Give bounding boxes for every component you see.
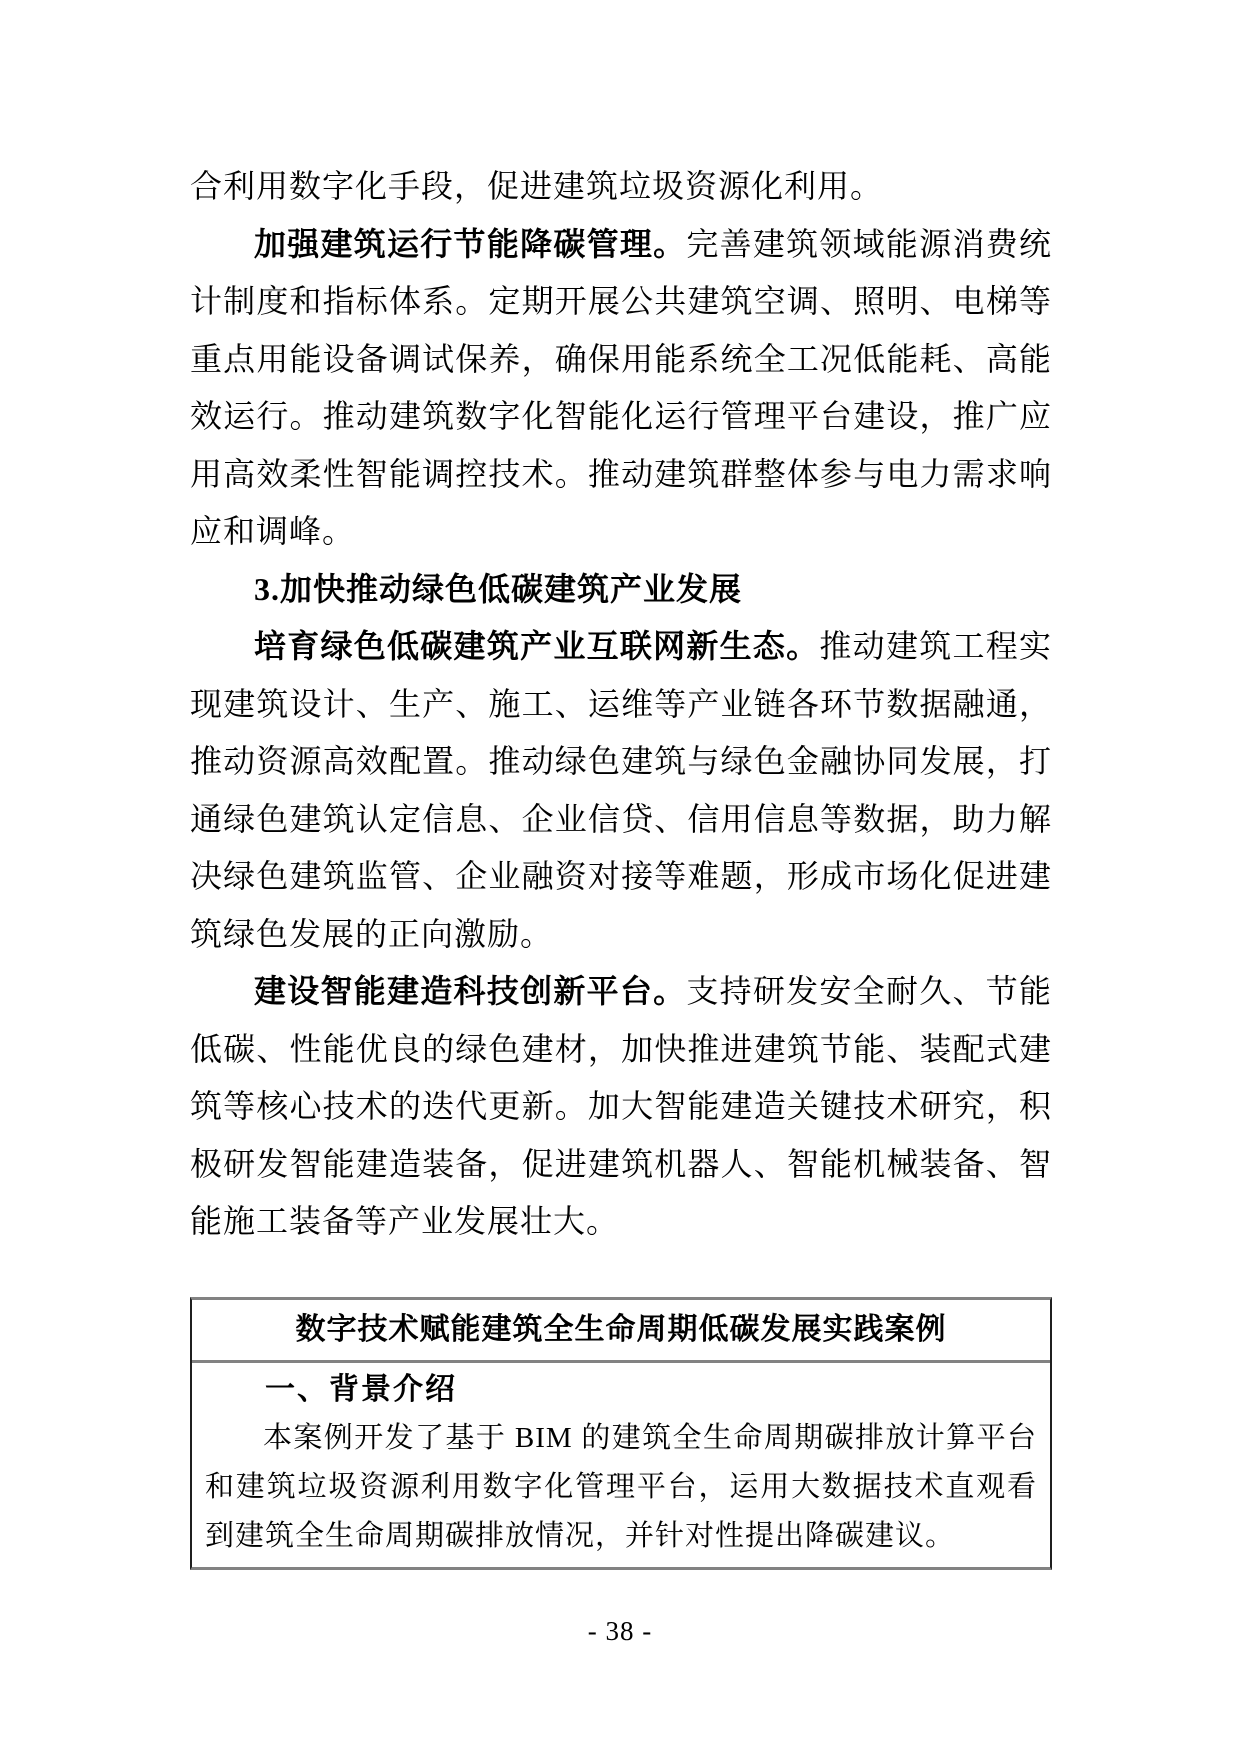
case-box-title: 数字技术赋能建筑全生命周期低碳发展实践案例 xyxy=(192,1300,1050,1363)
page-content: 合利用数字化手段，促进建筑垃圾资源化利用。 加强建筑运行节能降碳管理。完善建筑领… xyxy=(190,158,1052,1570)
paragraph-lead: 加强建筑运行节能降碳管理。 xyxy=(254,226,686,262)
paragraph-text: 合利用数字化手段，促进建筑垃圾资源化利用。 xyxy=(190,168,883,204)
body-paragraph: 培育绿色低碳建筑产业互联网新生态。推动建筑工程实现建筑设计、生产、施工、运维等产… xyxy=(190,618,1052,963)
case-study-box: 数字技术赋能建筑全生命周期低碳发展实践案例 一、背景介绍 本案例开发了基于 BI… xyxy=(190,1297,1052,1570)
case-box-body: 一、背景介绍 本案例开发了基于 BIM 的建筑全生命周期碳排放计算平台和建筑垃圾… xyxy=(192,1363,1050,1567)
paragraph-lead: 建设智能建造科技创新平台。 xyxy=(254,973,686,1009)
page-number: - 38 - xyxy=(0,1616,1240,1647)
paragraph-lead: 培育绿色低碳建筑产业互联网新生态。 xyxy=(254,628,819,664)
section-heading: 3.加快推动绿色低碳建筑产业发展 xyxy=(190,561,1052,619)
body-paragraph-continuation: 合利用数字化手段，促进建筑垃圾资源化利用。 xyxy=(190,158,1052,216)
paragraph-text: 推动建筑工程实现建筑设计、生产、施工、运维等产业链各环节数据融通，推动资源高效配… xyxy=(190,628,1052,952)
body-paragraph: 加强建筑运行节能降碳管理。完善建筑领域能源消费统计制度和指标体系。定期开展公共建… xyxy=(190,216,1052,561)
paragraph-text: 支持研发安全耐久、节能低碳、性能优良的绿色建材，加快推进建筑节能、装配式建筑等核… xyxy=(190,973,1052,1239)
paragraph-text: 完善建筑领域能源消费统计制度和指标体系。定期开展公共建筑空调、照明、电梯等重点用… xyxy=(190,226,1052,550)
body-paragraph: 建设智能建造科技创新平台。支持研发安全耐久、节能低碳、性能优良的绿色建材，加快推… xyxy=(190,963,1052,1251)
case-paragraph: 本案例开发了基于 BIM 的建筑全生命周期碳排放计算平台和建筑垃圾资源利用数字化… xyxy=(205,1414,1037,1561)
case-section-heading: 一、背景介绍 xyxy=(205,1365,1037,1414)
document-page: 合利用数字化手段，促进建筑垃圾资源化利用。 加强建筑运行节能降碳管理。完善建筑领… xyxy=(0,0,1240,1753)
